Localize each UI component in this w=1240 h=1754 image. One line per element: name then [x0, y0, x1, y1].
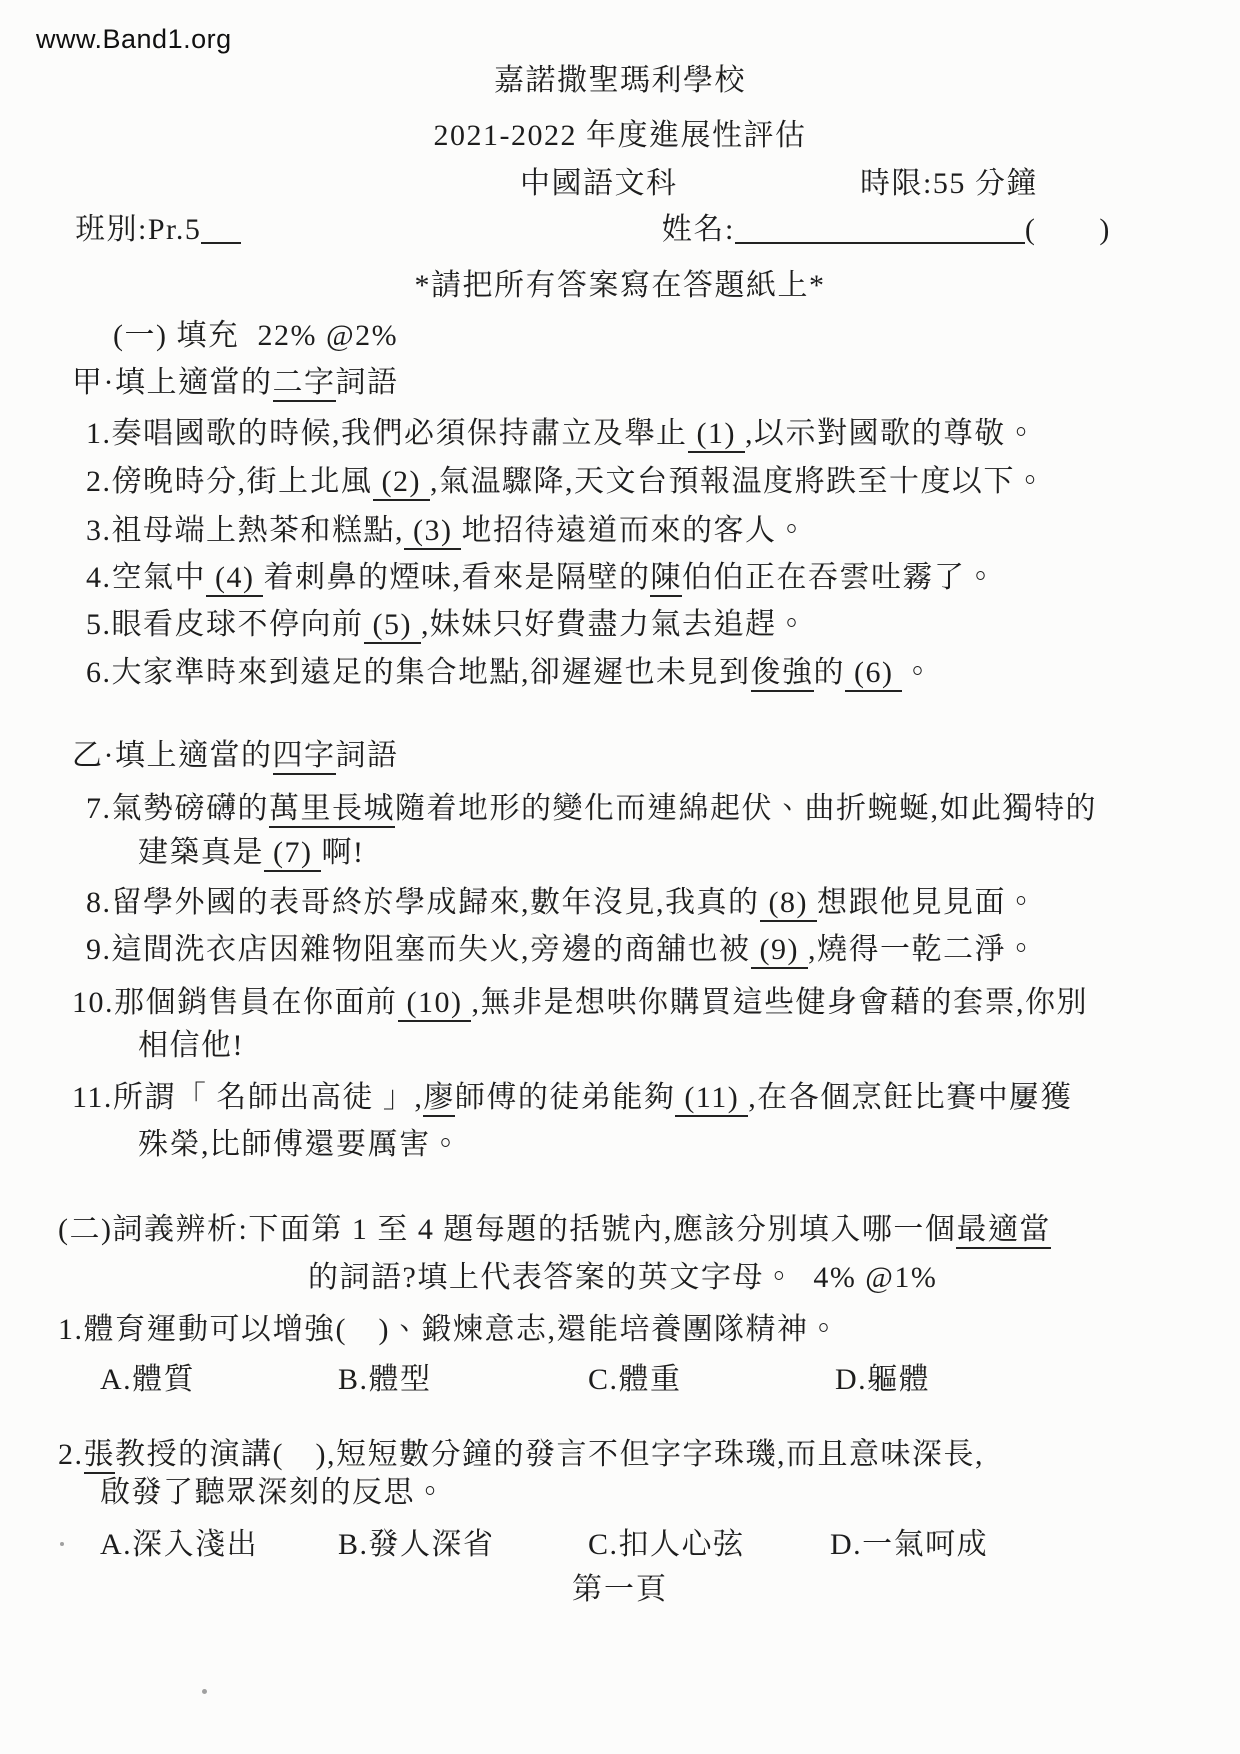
part-b-heading-text: 乙·填上適當的 [72, 739, 273, 772]
section1-heading-text: (一) 填充 22% @2% [113, 319, 398, 352]
assessment-title: 2021-2022 年度進展性評估 [434, 117, 807, 155]
question-3: 3.祖母端上熱茶和糕點, (3) 地招待遠道而來的客人。 [86, 512, 808, 550]
s2q1-option-d-text: D.軀體 [835, 1363, 930, 1396]
section2-question-2-line-1-underlined: 張 [84, 1438, 116, 1474]
s2q1-option-c: C.體重 [588, 1361, 682, 1399]
class-field: 班別:Pr.5 [75, 211, 241, 249]
question-3-text: 3.祖母端上熱茶和糕點, [86, 514, 404, 547]
question-5-text: 5.眼看皮球不停向前 [86, 608, 364, 641]
question-10-line-1: 10.那個銷售員在你面前 (10) ,無非是想哄你購買這些健身會藉的套票,你別 [72, 984, 1088, 1022]
question-11-line-1: 11.所謂「 名師出高徒 」,廖師傅的徒弟能夠 (11) ,在各個烹飪比賽中屢獲 [72, 1079, 1072, 1117]
answer-instruction-text: *請把所有答案寫在答題紙上* [415, 269, 826, 302]
part-b-heading-underlined: 四字 [273, 739, 336, 775]
s2q1-option-d: D.軀體 [835, 1361, 930, 1399]
s2q2-option-b: B.發人深省 [338, 1526, 495, 1564]
school-name-text: 嘉諾撒聖瑪利學校 [494, 64, 746, 97]
scan-speck [202, 1689, 207, 1694]
s2q2-option-c-text: C.扣人心弦 [588, 1528, 745, 1561]
answer-instruction: *請把所有答案寫在答題紙上* [415, 267, 826, 305]
question-8-text: 8.留學外國的表哥終於學成歸來,數年沒見,我真的 [86, 886, 760, 919]
blank-10: (10) [398, 986, 472, 1022]
blank-2: (2) [373, 465, 430, 501]
name-field: 姓名:( ) [662, 211, 1111, 249]
question-7-line-1-text: 隨着地形的變化而連綿起伏、曲折蜿蜒,如此獨特的 [395, 792, 1097, 825]
question-11-line-1-text: 11.所謂「 名師出高徒 」, [72, 1081, 423, 1114]
s2q2-option-c: C.扣人心弦 [588, 1526, 745, 1564]
question-11-line-1-underlined: 廖 [423, 1081, 455, 1117]
s2q1-option-b: B.體型 [338, 1361, 432, 1399]
time-limit: 時限:55 分鐘 [860, 165, 1038, 203]
name-field-text: 姓名: [662, 213, 735, 246]
s2q2-option-d-text: D.一氣呵成 [830, 1528, 988, 1561]
s2q1-option-a-text: A.體質 [100, 1363, 195, 1396]
part-a-heading-underlined: 二字 [273, 366, 336, 402]
question-9-text: ,燒得一乾二淨。 [808, 933, 1038, 966]
question-5-text: ,妹妹只好費盡力氣去追趕。 [421, 608, 808, 641]
question-11-line-1-text: 師傅的徒弟能夠 [455, 1081, 676, 1114]
s2q1-option-a: A.體質 [100, 1361, 195, 1399]
part-a-heading-text: 甲·填上適當的 [72, 366, 273, 399]
question-7-line-2-text: 建築真是 [138, 836, 264, 869]
question-7-line-1: 7.氣勢磅礴的萬里長城隨着地形的變化而連綿起伏、曲折蜿蜒,如此獨特的 [86, 790, 1097, 828]
time-limit-text: 時限:55 分鐘 [860, 167, 1038, 200]
class-blank [201, 216, 241, 244]
question-11-line-2-text: 殊榮,比師傅還要厲害。 [138, 1128, 462, 1161]
name-field-text: ( ) [1025, 213, 1111, 246]
section2-question-2-line-1-text: 教授的演講( ),短短數分鐘的發言不但字字珠璣,而且意味深長, [115, 1438, 984, 1471]
question-4-underlined: 陳 [650, 561, 682, 597]
question-6-underlined: 俊強 [751, 656, 814, 692]
blank-4: (4) [206, 561, 263, 597]
section1-heading: (一) 填充 22% @2% [113, 317, 398, 355]
section2-question-2-line-2-text: 啟發了聽眾深刻的反思。 [100, 1476, 447, 1509]
question-10-line-2-text: 相信他! [138, 1029, 244, 1062]
blank-3: (3) [404, 514, 461, 550]
blank-1: (1) [688, 417, 745, 453]
question-10-line-1-text: 10.那個銷售員在你面前 [72, 986, 398, 1019]
s2q1-option-b-text: B.體型 [338, 1363, 432, 1396]
question-8: 8.留學外國的表哥終於學成歸來,數年沒見,我真的 (8) 想跟他見見面。 [86, 884, 1037, 922]
section2-heading-line-1-underlined: 最適當 [956, 1213, 1051, 1249]
part-a-heading: 甲·填上適當的二字詞語 [72, 364, 399, 402]
blank-5: (5) [364, 608, 421, 644]
question-11-line-1-text: ,在各個烹飪比賽中屢獲 [748, 1081, 1072, 1114]
s2q2-option-a-text: A.深入淺出 [100, 1528, 258, 1561]
s2q2-option-b-text: B.發人深省 [338, 1528, 495, 1561]
question-4: 4.空氣中 (4) 着刺鼻的煙味,看來是隔壁的陳伯伯正在吞雲吐霧了。 [86, 559, 997, 597]
question-4-text: 4.空氣中 [86, 561, 206, 594]
question-6: 6.大家準時來到遠足的集合地點,卻遲遲也未見到俊強的 (6) 。 [86, 654, 934, 692]
s2q1-option-c-text: C.體重 [588, 1363, 682, 1396]
question-9-text: 9.這間洗衣店因雜物阻塞而失火,旁邊的商舖也被 [86, 933, 751, 966]
section2-heading-line-2: 的詞語?填上代表答案的英文字母。 4% @1% [308, 1259, 937, 1297]
s2q2-option-d: D.一氣呵成 [830, 1526, 988, 1564]
section2-heading-line-1-text: (二)詞義辨析:下面第 1 至 4 題每題的括號內,應該分別填入哪一個 [58, 1213, 956, 1246]
part-b-heading: 乙·填上適當的四字詞語 [72, 737, 399, 775]
section2-question-2-line-1-text: 2. [58, 1438, 84, 1471]
question-8-text: 想跟他見見面。 [817, 886, 1038, 919]
name-blank [735, 216, 1025, 244]
school-name: 嘉諾撒聖瑪利學校 [494, 62, 746, 100]
question-5: 5.眼看皮球不停向前 (5) ,妹妹只好費盡力氣去追趕。 [86, 606, 808, 644]
blank-6: (6) [845, 656, 902, 692]
question-2: 2.傍晚時分,街上北風 (2) ,氣温驟降,天文台預報温度將跌至十度以下。 [86, 463, 1046, 501]
question-11-line-2: 殊榮,比師傅還要厲害。 [138, 1126, 462, 1164]
blank-11: (11) [675, 1081, 748, 1117]
question-4-text: 着刺鼻的煙味,看來是隔壁的 [263, 561, 650, 594]
question-6-text: 。 [902, 656, 934, 689]
question-7-line-2-text: 啊! [321, 836, 364, 869]
question-1-text: 1.奏唱國歌的時候,我們必須保持肅立及舉止 [86, 417, 688, 450]
question-7-line-2: 建築真是 (7) 啊! [138, 834, 364, 872]
question-7-line-1-underlined: 萬里長城 [269, 792, 395, 828]
class-field-text: 班別:Pr.5 [75, 213, 201, 246]
blank-8: (8) [760, 886, 817, 922]
question-6-text: 的 [814, 656, 846, 689]
question-7-line-1-text: 7.氣勢磅礴的 [86, 792, 269, 825]
question-9: 9.這間洗衣店因雜物阻塞而失火,旁邊的商舖也被 (9) ,燒得一乾二淨。 [86, 931, 1037, 969]
question-10-line-1-text: ,無非是想哄你購買這些健身會藉的套票,你別 [471, 986, 1088, 1019]
blank-7: (7) [264, 836, 321, 872]
question-10-line-2: 相信他! [138, 1027, 244, 1065]
section2-heading-line-2-text: 的詞語?填上代表答案的英文字母。 4% @1% [308, 1261, 937, 1294]
question-6-text: 6.大家準時來到遠足的集合地點,卻遲遲也未見到 [86, 656, 751, 689]
section2-question-1-text: 1.體育運動可以增強( )、鍛煉意志,還能培養團隊精神。 [58, 1313, 840, 1346]
exam-paper-page: www.Band1.org 嘉諾撒聖瑪利學校2021-2022 年度進展性評估中… [0, 0, 1240, 1754]
question-2-text: ,氣温驟降,天文台預報温度將跌至十度以下。 [430, 465, 1047, 498]
part-a-heading-text: 詞語 [336, 366, 399, 399]
page-number-footer: 第一頁 [572, 1564, 668, 1608]
blank-9: (9) [751, 933, 808, 969]
part-b-heading-text: 詞語 [336, 739, 399, 772]
watermark-text: www.Band1.org [36, 24, 232, 55]
section2-question-1: 1.體育運動可以增強( )、鍛煉意志,還能培養團隊精神。 [58, 1311, 840, 1349]
section2-heading-line-1: (二)詞義辨析:下面第 1 至 4 題每題的括號內,應該分別填入哪一個最適當 [58, 1211, 1051, 1249]
assessment-title-text: 2021-2022 年度進展性評估 [434, 119, 807, 152]
question-1: 1.奏唱國歌的時候,我們必須保持肅立及舉止 (1) ,以示對國歌的尊敬。 [86, 415, 1037, 453]
s2q2-option-a: A.深入淺出 [100, 1526, 258, 1564]
question-3-text: 地招待遠道而來的客人。 [461, 514, 808, 547]
question-1-text: ,以示對國歌的尊敬。 [745, 417, 1038, 450]
subject-name-text: 中國語文科 [520, 167, 678, 200]
section2-question-2-line-2: 啟發了聽眾深刻的反思。 [100, 1474, 447, 1512]
scan-speck [60, 1542, 64, 1546]
question-2-text: 2.傍晚時分,街上北風 [86, 465, 373, 498]
subject-name: 中國語文科 [520, 165, 678, 203]
question-4-text: 伯伯正在吞雲吐霧了。 [682, 561, 997, 594]
section2-question-2-line-1: 2.張教授的演講( ),短短數分鐘的發言不但字字珠璣,而且意味深長, [58, 1436, 984, 1474]
